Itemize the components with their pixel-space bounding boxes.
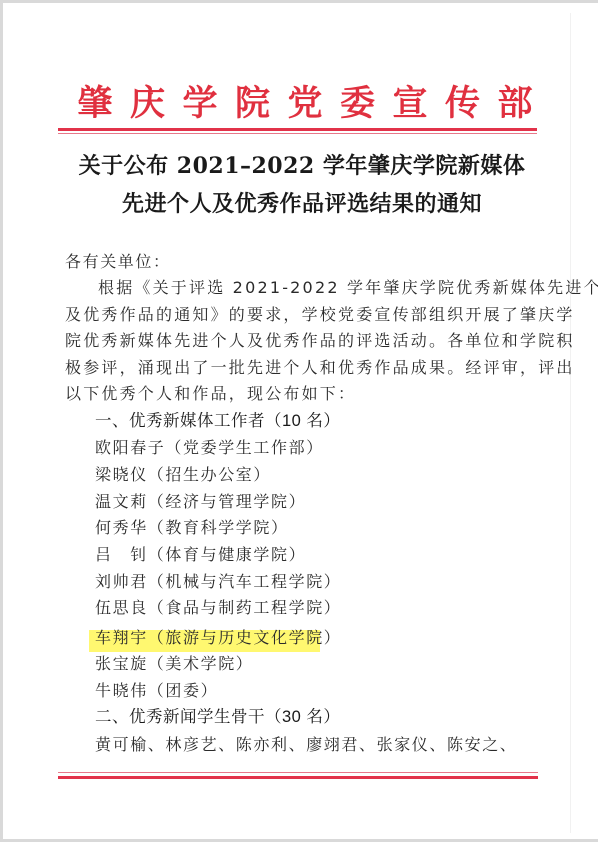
footer-rule-thin [58, 772, 538, 773]
letterhead-char: 党 [285, 76, 325, 126]
section-heading-outstanding-workers: 一、优秀新媒体工作者（10 名） [95, 410, 340, 432]
letterhead-char: 学 [180, 76, 220, 126]
body-line: 以下优秀个人和作品，现公布如下： [65, 383, 356, 405]
list-item: 黄可榆、林彦艺、陈亦利、廖翊君、张家仪、陈安之、 [95, 734, 517, 756]
list-item: 吕 钊（体育与健康学院） [95, 544, 306, 566]
list-item: 欧阳春子（党委学生工作部） [95, 437, 324, 459]
letterhead-char: 肇 [75, 76, 115, 126]
document-page: 肇 庆 学 院 党 委 宣 传 部 关于公布 2021–2022 学年肇庆学院新… [3, 3, 598, 839]
body-line: 根据《关于评选 2021-2022 学年肇庆学院优秀新媒体先进个人 [98, 277, 598, 299]
letterhead-char: 庆 [128, 76, 168, 126]
letterhead-rule-thin [58, 133, 537, 134]
body-line: 及优秀作品的通知》的要求，学校党委宣传部组织开展了肇庆学 [65, 304, 575, 326]
page-edge-divider [570, 13, 571, 833]
letterhead-rule-thick [58, 128, 537, 131]
list-item: 梁晓仪（招生办公室） [95, 464, 271, 486]
section-heading-news-students: 二、优秀新闻学生骨干（30 名） [95, 706, 340, 728]
footer-rule-thick [58, 776, 538, 779]
list-item: 刘帅君（机械与汽车工程学院） [95, 571, 341, 593]
document-title-line1: 关于公布 2021–2022 学年肇庆学院新媒体 [43, 149, 561, 180]
list-item: 张宝旋（美术学院） [95, 653, 253, 675]
letterhead-char: 院 [233, 76, 273, 126]
letterhead-title: 肇 庆 学 院 党 委 宣 传 部 [75, 79, 535, 123]
body-line: 极参评，涌现出了一批先进个人和优秀作品成果。经评审，评出 [65, 357, 575, 379]
salutation: 各有关单位： [65, 251, 171, 273]
body-line: 院优秀新媒体先进个人及优秀作品的评选活动。各单位和学院积 [65, 330, 575, 352]
letterhead-char: 部 [495, 76, 535, 126]
letterhead-char: 宣 [390, 76, 430, 126]
list-item: 何秀华（教育科学学院） [95, 517, 289, 539]
list-item-highlighted: 车翔宇（旅游与历史文化学院） [95, 627, 341, 649]
letterhead-char: 委 [338, 76, 378, 126]
letterhead-char: 传 [443, 76, 483, 126]
list-item: 伍思良（食品与制药工程学院） [95, 597, 341, 619]
list-item: 牛晓伟（团委） [95, 680, 218, 702]
list-item: 温文莉（经济与管理学院） [95, 491, 306, 513]
document-title-line2: 先进个人及优秀作品评选结果的通知 [43, 187, 561, 218]
